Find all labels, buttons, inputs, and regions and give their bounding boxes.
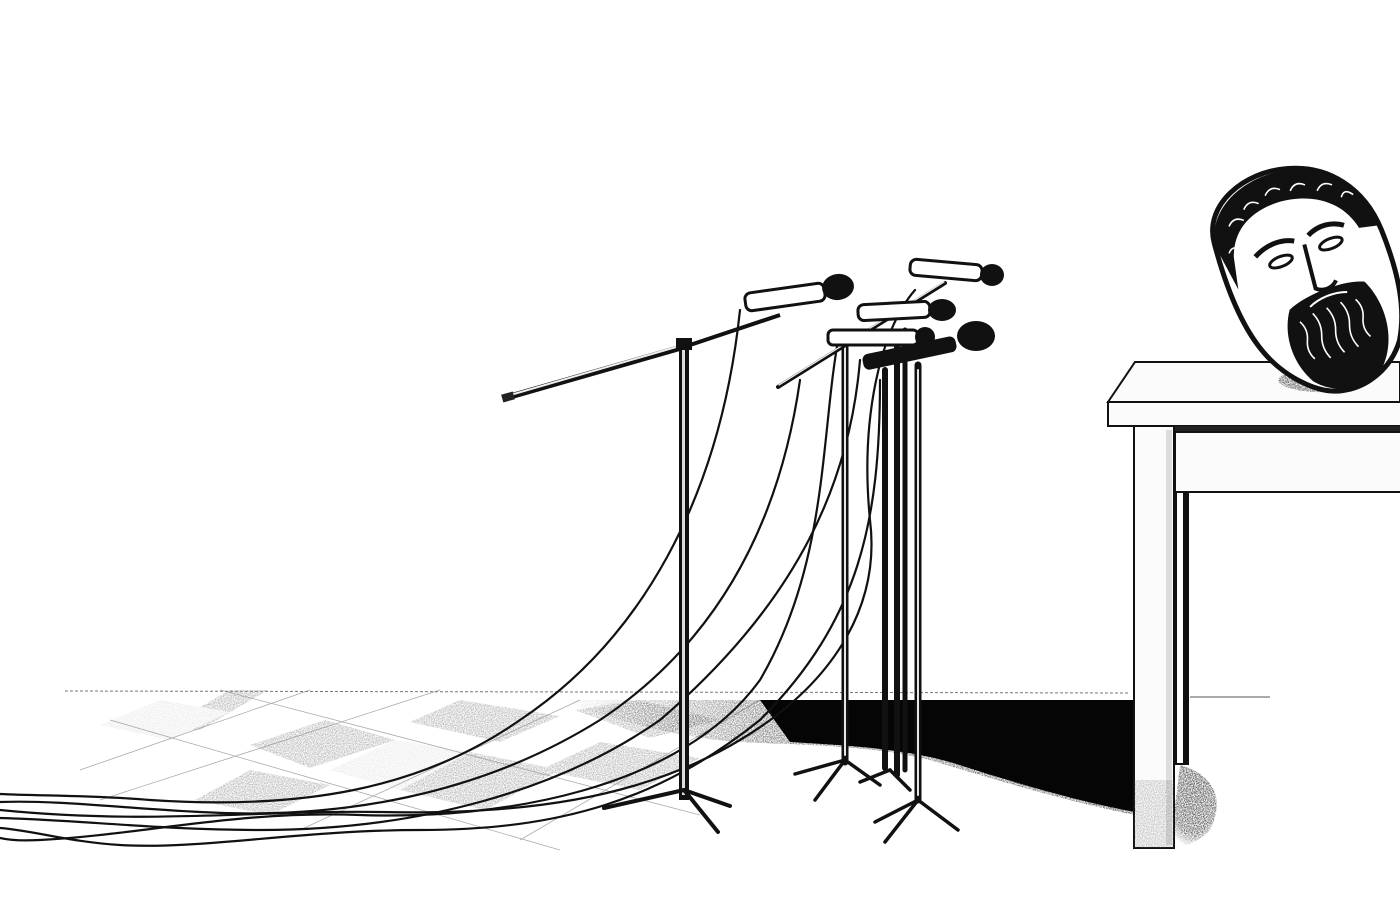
illustration [0,0,1400,900]
